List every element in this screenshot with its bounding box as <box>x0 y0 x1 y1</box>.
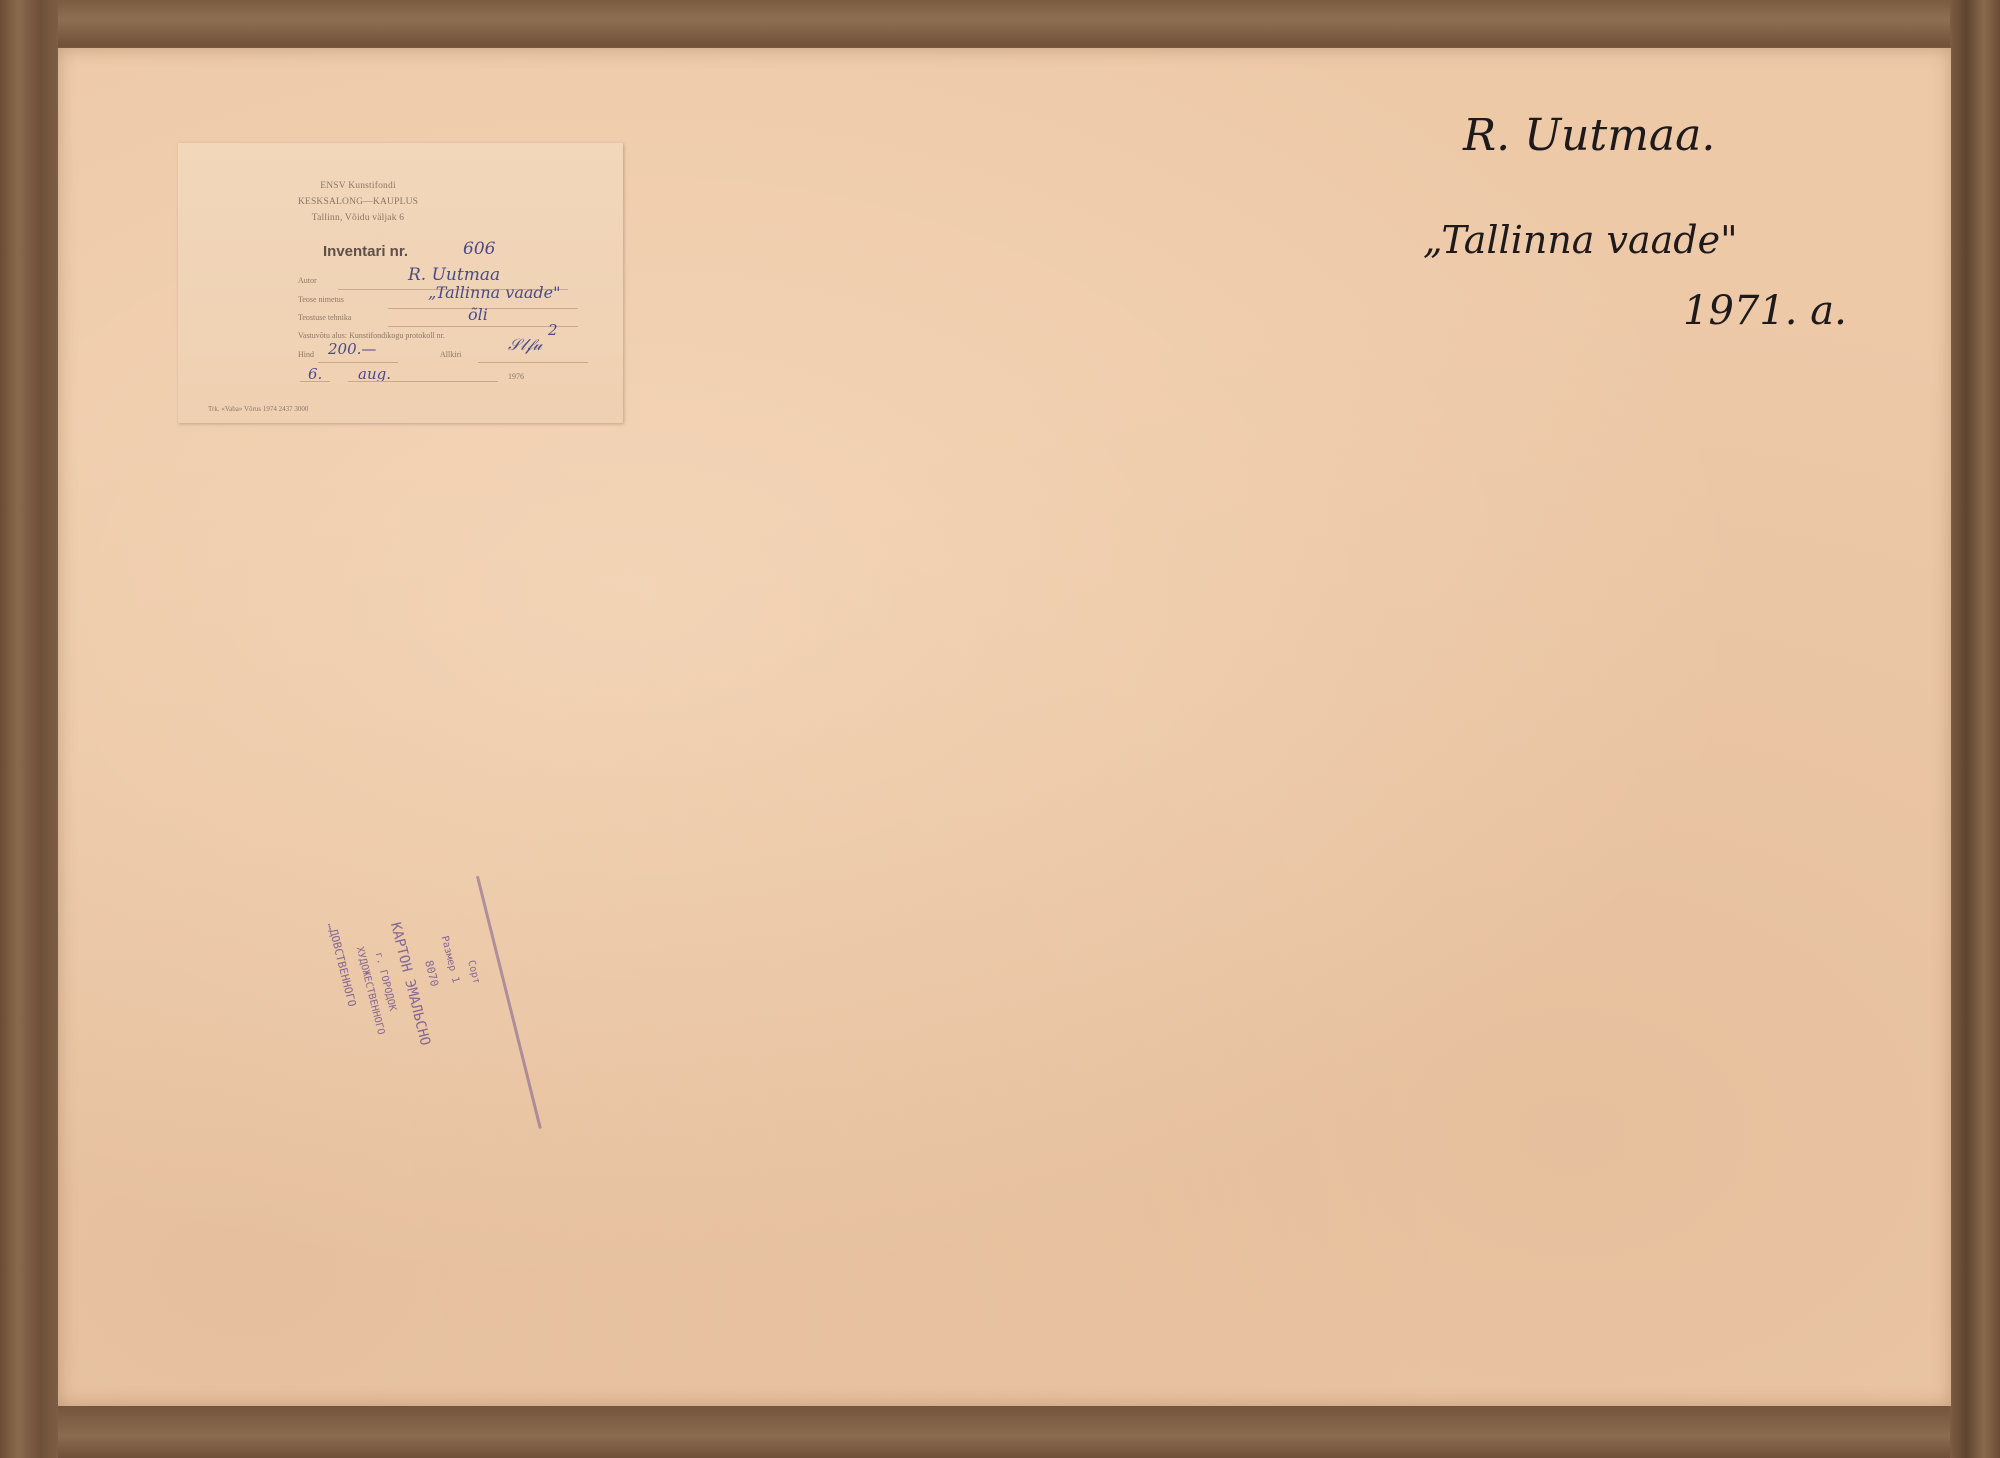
stamp-line: 8070 <box>422 959 441 988</box>
date-day-underline <box>300 381 330 382</box>
stamp-border <box>476 876 542 1129</box>
handwritten-title: „Tallinna vaade" <box>1423 218 1738 262</box>
date-year: 1976 <box>508 372 524 381</box>
label-org-line-2: KESKSALONG—KAUPLUS <box>178 197 538 207</box>
price-underline <box>318 362 398 363</box>
protocol-label: Vastuvõtu alus: Kunstifondikogu protokol… <box>298 331 445 340</box>
author-label: Autor <box>298 276 317 285</box>
stamp-line: Размер 1 <box>439 935 461 984</box>
stamp-line: Сорт <box>465 959 482 985</box>
label-org-line-3: Tallinn, Võidu väljak 6 <box>178 213 538 223</box>
signature-underline <box>478 362 588 363</box>
inventory-label: ENSV Kunstifondi KESKSALONG—KAUPLUS Tall… <box>178 143 623 423</box>
inventory-number: 606 <box>463 239 495 259</box>
price-label: Hind <box>298 350 314 359</box>
printer-line: Trk. «Vaba» Võrus 1974 2437 3000 <box>208 405 308 413</box>
stamp-line: КАРТОН ЭМАЛЬСНО <box>387 921 433 1048</box>
handwritten-artist: R. Uutmaa. <box>1463 110 1715 161</box>
date-month-underline <box>348 381 498 382</box>
signature-label: Allkiri <box>440 350 461 359</box>
backing-board: ENSV Kunstifondi KESKSALONG—KAUPLUS Tall… <box>58 48 1951 1406</box>
protocol-value: 2 <box>548 321 558 339</box>
technique-value: õli <box>468 305 488 324</box>
handwritten-year: 1971. a. <box>1683 288 1847 334</box>
label-org-line-1: ENSV Kunstifondi <box>178 181 538 191</box>
signature-value: 𝒮𝓁𝒻𝓊 <box>508 335 542 355</box>
title-label: Teose nimetus <box>298 295 344 304</box>
inventory-title: Inventari nr. <box>323 243 408 260</box>
title-value: „Tallinna vaade" <box>428 283 560 302</box>
author-value: R. Uutmaa <box>408 265 500 285</box>
technique-label: Teostuse tehnika <box>298 313 351 322</box>
stamp-line: …ДОВСТВЕННОГО <box>325 921 358 1008</box>
manufacturer-stamp: …ДОВСТВЕННОГО ХУДОЖЕСТВЕННОГО г. ГОРОДОК… <box>313 877 582 1190</box>
price-value: 200.— <box>328 340 376 358</box>
